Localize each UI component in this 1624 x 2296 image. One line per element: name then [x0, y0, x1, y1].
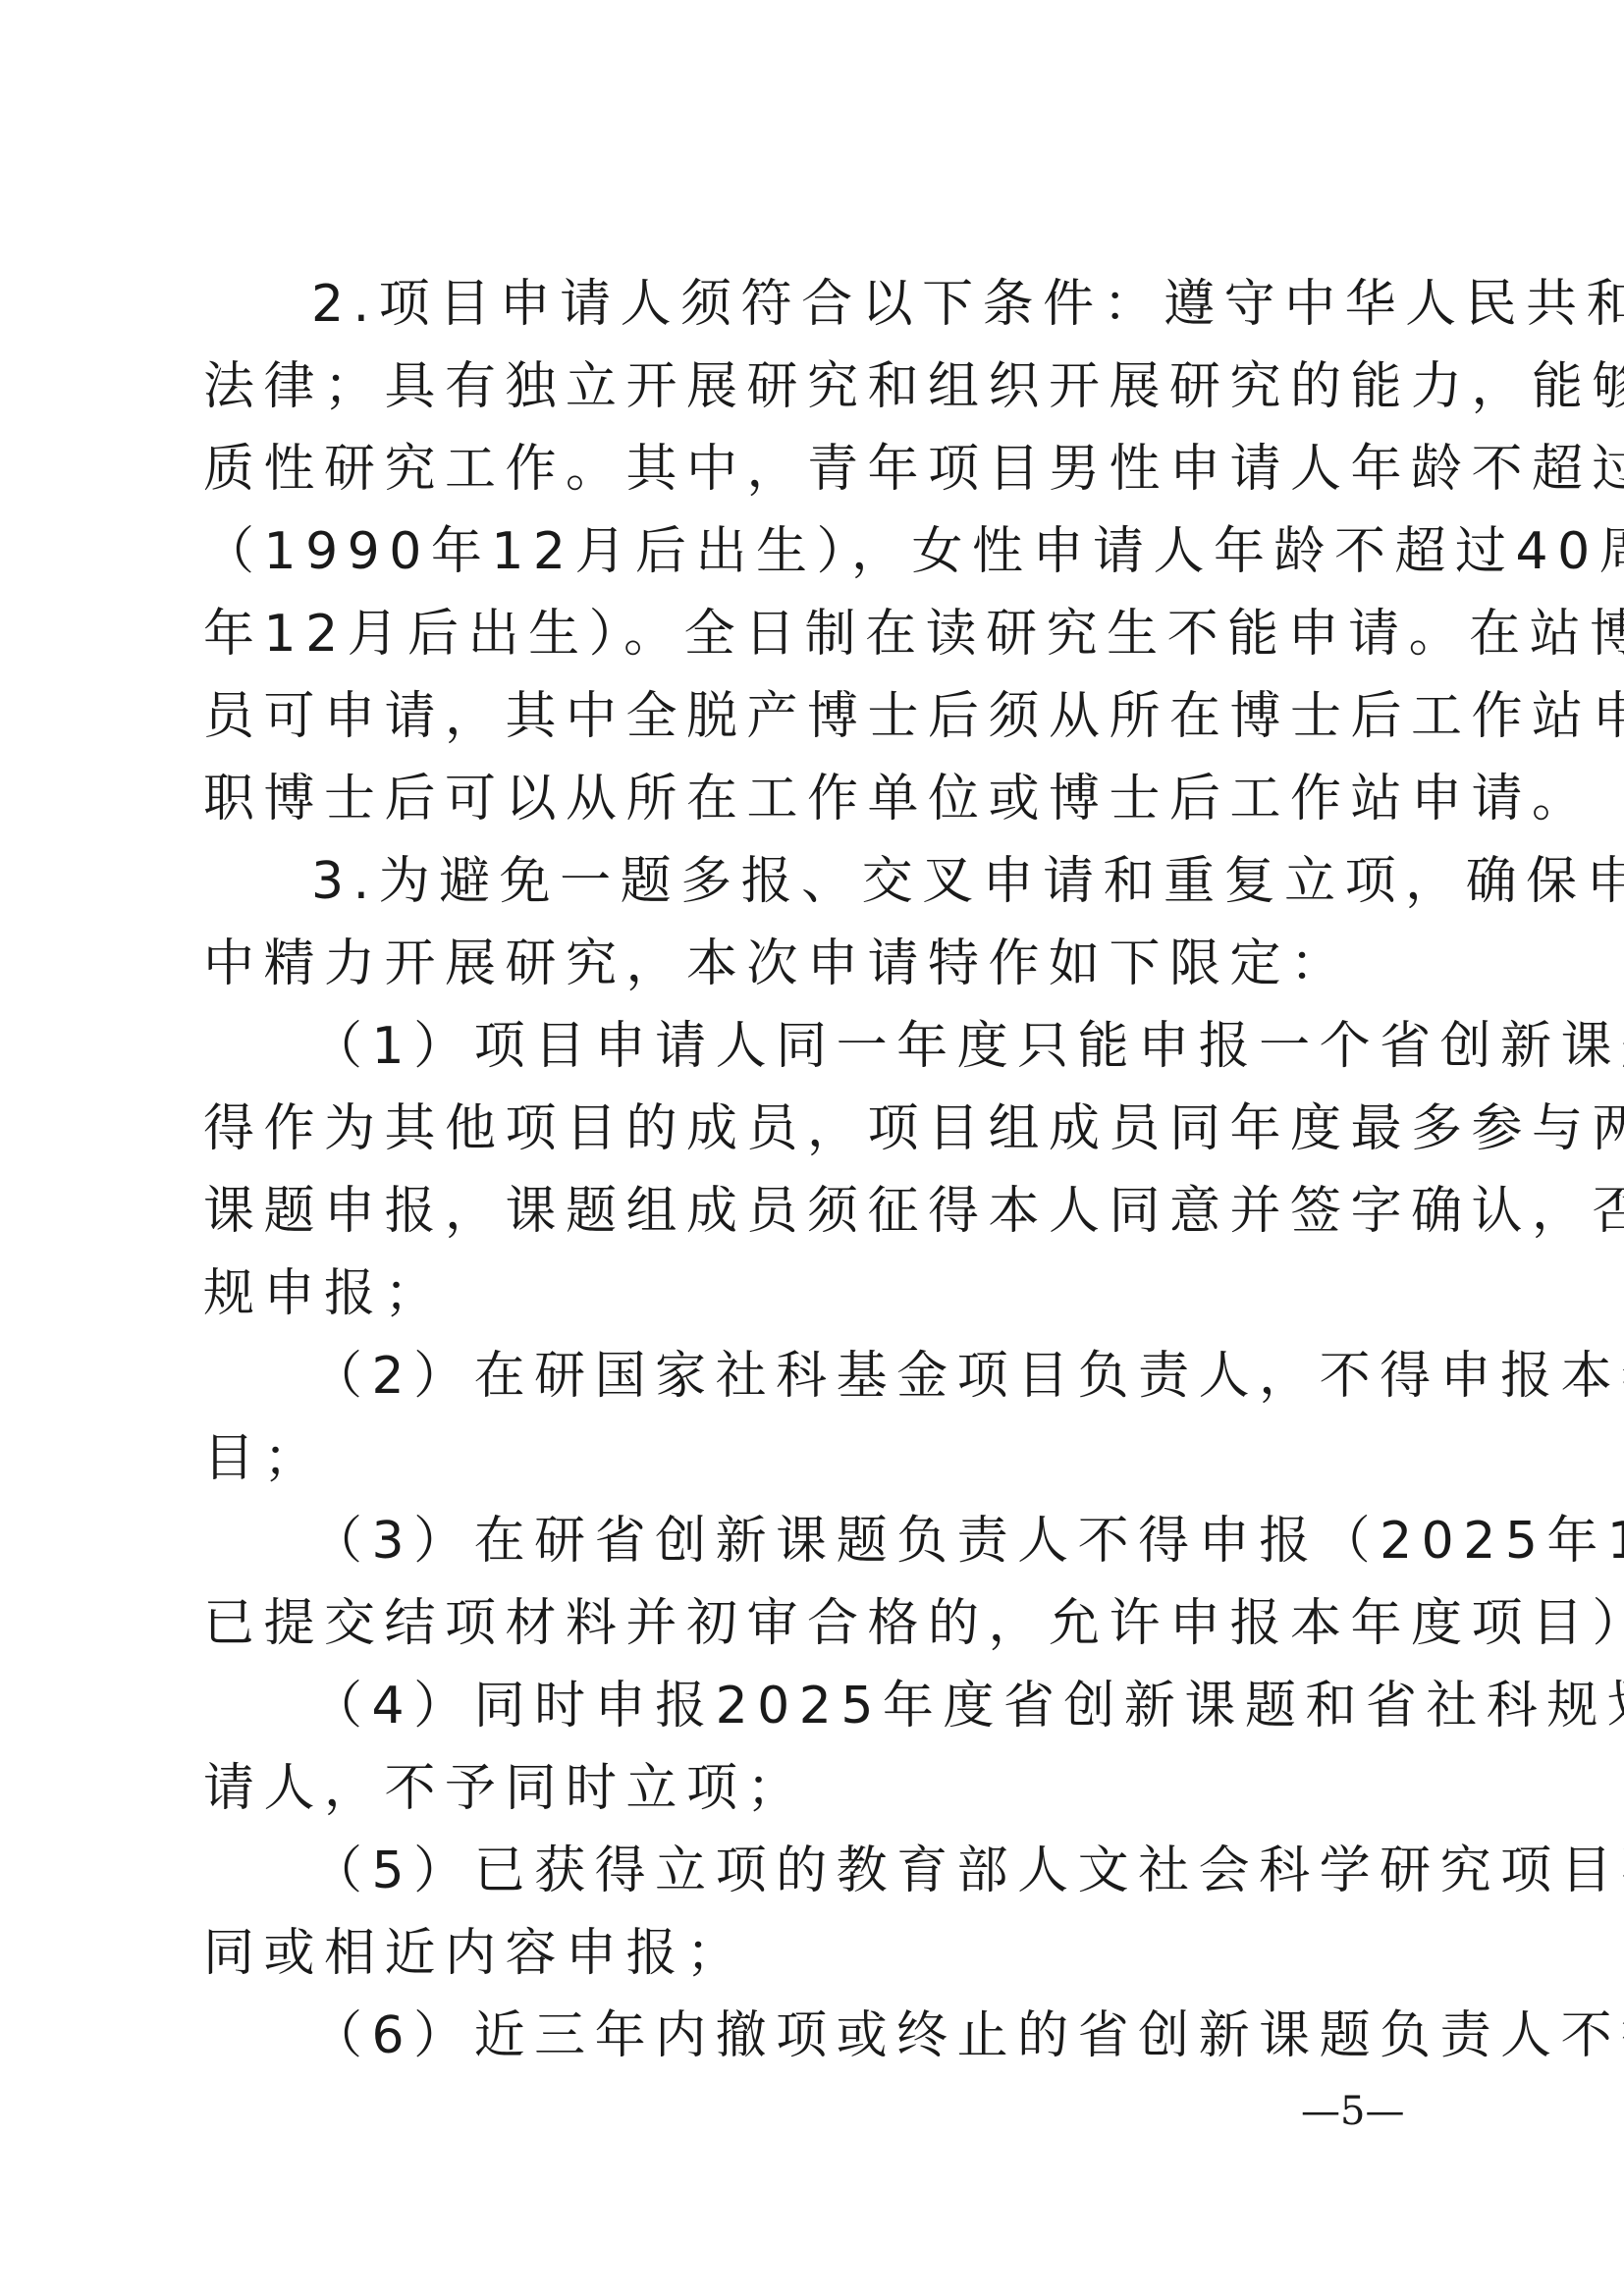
text-line-9: 中精力开展研究，本次申请特作如下限定：: [203, 923, 1436, 1005]
text-line-13: 规申报；: [203, 1253, 1436, 1335]
text-line-7: 职博士后可以从所在工作单位或博士后工作站申请。: [203, 758, 1436, 840]
text-line-18: （4）同时申报2025年度省创新课题和省社科规划项目的申: [203, 1665, 1436, 1747]
text-line-4: （1990年12月后出生），女性申请人年龄不超过40周岁（1985: [203, 510, 1436, 593]
text-line-16: （3）在研省创新课题负责人不得申报（2025年12月5日前: [203, 1500, 1436, 1582]
text-line-17: 已提交结项材料并初审合格的，允许申报本年度项目）；: [203, 1582, 1436, 1665]
text-line-15: 目；: [203, 1417, 1436, 1500]
text-line-3: 质性研究工作。其中，青年项目男性申请人年龄不超过35周岁: [203, 428, 1436, 510]
text-line-20: （5）已获得立项的教育部人文社会科学研究项目不得以相: [203, 1830, 1436, 1912]
text-line-8: 3.为避免一题多报、交叉申请和重复立项，确保申请人能集: [203, 840, 1436, 923]
text-line-1: 2.项目申请人须符合以下条件：遵守中华人民共和国宪法和: [203, 263, 1436, 346]
text-line-11: 得作为其他项目的成员，项目组成员同年度最多参与两个省创新: [203, 1088, 1436, 1170]
text-line-2: 法律；具有独立开展研究和组织开展研究的能力，能够承担实: [203, 346, 1436, 428]
text-line-19: 请人，不予同时立项；: [203, 1747, 1436, 1830]
text-line-6: 员可申请，其中全脱产博士后须从所在博士后工作站申请，在: [203, 675, 1436, 758]
document-body: 2.项目申请人须符合以下条件：遵守中华人民共和国宪法和 法律；具有独立开展研究和…: [203, 263, 1436, 2077]
text-line-22: （6）近三年内撤项或终止的省创新课题负责人不得申报。: [203, 1995, 1436, 2077]
text-line-12: 课题申报，课题组成员须征得本人同意并签字确认，否则视为违: [203, 1170, 1436, 1253]
text-line-10: （1）项目申请人同一年度只能申报一个省创新课题，且不: [203, 1005, 1436, 1088]
text-line-5: 年12月后出生）。全日制在读研究生不能申请。在站博士后人: [203, 593, 1436, 675]
document-page: 2.项目申请人须符合以下条件：遵守中华人民共和国宪法和 法律；具有独立开展研究和…: [0, 0, 1624, 2296]
text-line-14: （2）在研国家社科基金项目负责人，不得申报本年度项: [203, 1335, 1436, 1417]
text-line-21: 同或相近内容申报；: [203, 1912, 1436, 1995]
page-number: —5—: [1301, 2089, 1404, 2134]
